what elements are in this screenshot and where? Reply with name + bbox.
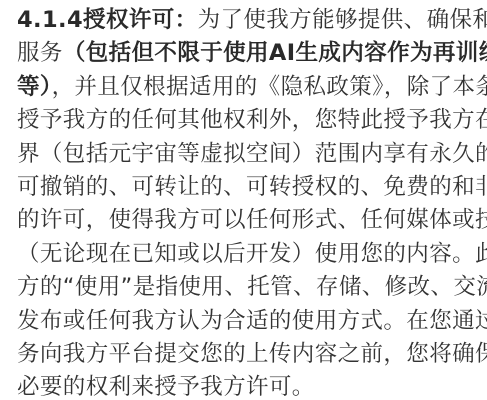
license-clause-document: 4.1.4授权许可：为了使我方能够提供、确保和改进本 服务（包括但不限于使用AI… xyxy=(0,0,487,400)
clause-line-7: 的许可，使得我方可以任何形式、任何媒体或技术 xyxy=(17,204,477,237)
clause-line-5: 界（包括元宇宙等虚拟空间）范围内享有永久的、不 xyxy=(17,138,477,171)
clause-line-4: 授予我方的任何其他权利外，您特此授予我方在全世 xyxy=(17,104,477,137)
clause-line-12: 必要的权利来授予我方许可。 xyxy=(17,371,477,400)
clause-heading: 4.1.4授权许可： xyxy=(17,7,198,33)
clause-line-6: 可撤销的、可转让的、可转授权的、免费的和非独家 xyxy=(17,171,477,204)
clause-line-3: 等），并且仅根据适用的《隐私政策》，除了本条款 xyxy=(17,71,477,104)
clause-emphasis: 等） xyxy=(17,74,52,100)
clause-line-9: 方的“使用”是指使用、托管、存储、修改、交流、 xyxy=(17,271,477,304)
clause-line-10: 发布或任何我方认为合适的使用方式。在您通过本服 xyxy=(17,305,477,338)
clause-line-8: （无论现在已知或以后开发）使用您的内容。此处我 xyxy=(17,238,477,271)
clause-line-2: 服务（包括但不限于使用AI生成内容作为再训练数据 xyxy=(17,37,477,70)
clause-text: 为了使我方能够提供、确保和改进本 xyxy=(198,7,487,33)
clause-text: 服务 xyxy=(17,40,63,66)
clause-text: ，并且仅根据适用的《隐私政策》，除了本条款 xyxy=(52,74,487,100)
clause-line-11: 务向我方平台提交您的上传内容之前，您将确保您有 xyxy=(17,338,477,371)
clause-emphasis: （包括但不限于使用AI生成内容作为再训练数据 xyxy=(63,40,487,66)
clause-line-1: 4.1.4授权许可：为了使我方能够提供、确保和改进本 xyxy=(17,4,477,37)
